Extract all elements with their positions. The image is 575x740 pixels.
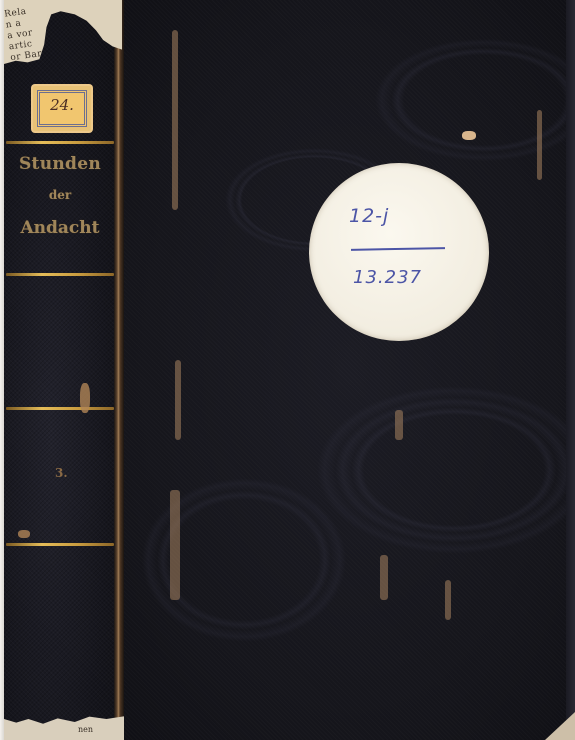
spine-title-line-1: Stunden — [4, 154, 116, 174]
gilt-rule — [6, 543, 114, 546]
gilt-rule — [6, 141, 114, 144]
gilt-rule — [6, 273, 114, 276]
spine-hinge-edge — [114, 0, 124, 735]
spine-wear-mark — [80, 383, 90, 413]
gilt-rule — [6, 407, 114, 410]
label-divider — [351, 247, 445, 251]
spine-title-line-2: der — [4, 188, 116, 202]
spine-wear-mark — [18, 530, 30, 538]
bottom-fragment-text: nen — [78, 725, 93, 734]
volume-number: 3. — [55, 466, 68, 480]
label-line-1: 12-j — [349, 205, 389, 227]
cover-fleck — [462, 131, 476, 140]
cover-wear-streak — [172, 30, 178, 210]
cover-wear-streak — [395, 410, 403, 440]
book-photograph: Rela n a a vor artic or Barm Frinne 24. … — [0, 0, 575, 740]
shelf-number: 24. — [33, 96, 91, 114]
shelf-number-label: 24. — [33, 86, 91, 131]
label-line-2: 13.237 — [353, 267, 422, 288]
cover-wear-streak — [380, 555, 388, 600]
round-library-label: 12-j 13.237 — [309, 163, 489, 341]
cover-wear-streak — [537, 110, 542, 180]
cover-wear-streak — [170, 490, 180, 600]
cover-wear-streak — [175, 360, 181, 440]
front-cover — [124, 0, 575, 740]
spine-title-line-3: Andacht — [4, 218, 116, 238]
cover-right-edge — [566, 0, 575, 740]
cover-wear-streak — [445, 580, 451, 620]
